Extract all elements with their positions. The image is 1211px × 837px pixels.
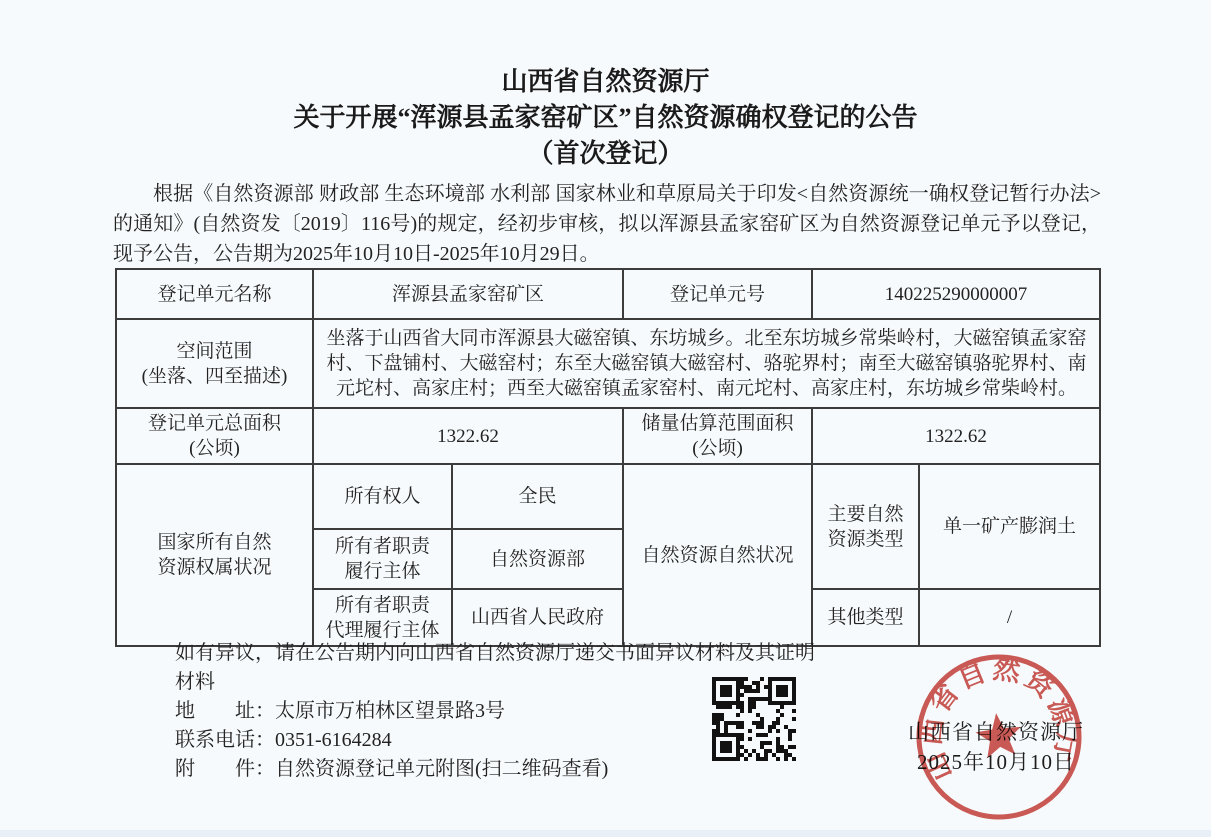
agent-subject-value-cell: 山西省人民政府	[452, 589, 623, 646]
unit-number-label-cell: 登记单元号	[623, 269, 812, 319]
title-agency: 山西省自然资源厅	[0, 64, 1211, 100]
spatial-range-value-cell: 坐落于山西省大同市浑源县大磁窑镇、东坊城乡。北至东坊城乡常柴岭村，大磁窑镇孟家窑…	[313, 319, 1100, 408]
natural-status-label-cell: 自然资源自然状况	[623, 464, 812, 646]
agent-subject-label-cell: 所有者职责 代理履行主体	[313, 589, 452, 646]
other-type-value-cell: /	[919, 589, 1100, 646]
total-area-label-cell: 登记单元总面积 (公顷)	[116, 408, 313, 464]
spatial-range-label-cell: 空间范围 (坐落、四至描述)	[116, 319, 313, 408]
intro-paragraph: 根据《自然资源部 财政部 生态环境部 水利部 国家林业和草原局关于印发<自然资源…	[113, 179, 1101, 269]
unit-name-value-cell: 浑源县孟家窑矿区	[313, 269, 623, 319]
reserve-area-value-cell: 1322.62	[812, 408, 1100, 464]
other-type-label-cell: 其他类型	[812, 589, 919, 646]
official-seal: 山西省自然资源厅	[901, 639, 1097, 835]
owner-label-cell: 所有权人	[313, 464, 452, 529]
state-ownership-label-cell: 国家所有自然 资源权属状况	[116, 464, 313, 646]
title-registration-type: （首次登记）	[0, 136, 1211, 172]
duty-subject-value-cell: 自然资源部	[452, 529, 623, 589]
qr-code	[712, 677, 796, 761]
unit-number-value-cell: 140225290000007	[812, 269, 1100, 319]
seal-star-icon	[973, 710, 1024, 759]
registration-table: 登记单元名称 浑源县孟家窑矿区 登记单元号 140225290000007 空间…	[115, 268, 1101, 647]
main-type-value-cell: 单一矿产膨润土	[919, 464, 1100, 589]
duty-subject-label-cell: 所有者职责 履行主体	[313, 529, 452, 589]
title-subject: 关于开展“浑源县孟家窑矿区”自然资源确权登记的公告	[0, 100, 1211, 136]
document-title: 山西省自然资源厅 关于开展“浑源县孟家窑矿区”自然资源确权登记的公告 （首次登记…	[0, 64, 1211, 172]
total-area-value-cell: 1322.62	[313, 408, 623, 464]
reserve-area-label-cell: 储量估算范围面积 (公顷)	[623, 408, 812, 464]
unit-name-label-cell: 登记单元名称	[116, 269, 313, 319]
main-type-label-cell: 主要自然 资源类型	[812, 464, 919, 589]
owner-value-cell: 全民	[452, 464, 623, 529]
